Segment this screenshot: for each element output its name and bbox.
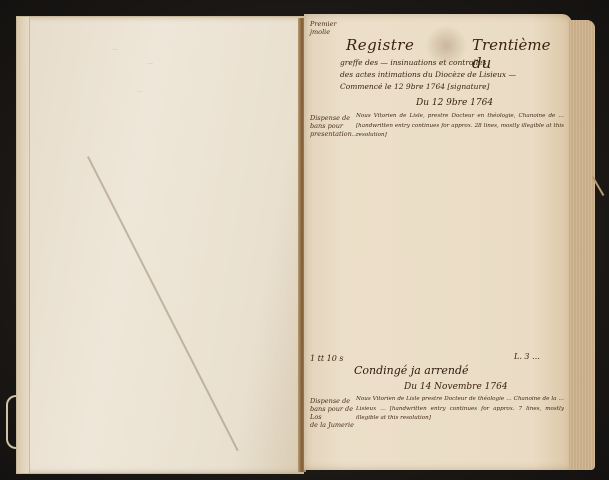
register-title-ordinal: Trentième du [472, 36, 572, 72]
fee-margin: 1 tt 10 s [310, 354, 343, 363]
entry-date: Du 14 Novembre 1764 [404, 382, 508, 392]
fold-crease [87, 156, 239, 451]
fee-amount: L. 3 … [514, 352, 540, 361]
register-title: Registre [346, 36, 414, 54]
entry-margin-note: Dispense de bans pour de Los de la Jumer… [310, 397, 356, 429]
page-block-edge [569, 20, 595, 470]
left-flyleaf-page: … … … [16, 16, 304, 474]
entry-body-text: Nous Vitorien de Lisle, prestre Docteur … [356, 112, 564, 352]
header-line: Commencé le 12 9bre 1764 [signature] [340, 82, 489, 91]
faint-note: … [112, 45, 118, 52]
entry-body-text: Nous Vitorien de Lisle prestre Docteur d… [356, 395, 564, 465]
faint-note: … [137, 87, 143, 94]
entry-margin-note: Dispense de bans pour presentation… [310, 114, 356, 138]
clerk-signature: Condingé ja arrendé [354, 364, 469, 377]
faint-note: … [147, 59, 153, 66]
open-register-book: … … … Premier jmolie Registre Trentième … [12, 10, 597, 470]
header-line: des actes intimations du Diocèze de Lisi… [340, 70, 516, 79]
right-register-page: Premier jmolie Registre Trentième du gre… [304, 14, 572, 470]
entry-date: Du 12 9bre 1764 [416, 98, 493, 108]
header-line: greffe des — insinuations et controlles [340, 58, 487, 67]
corner-note: Premier jmolie [310, 20, 356, 36]
binding-string [6, 395, 18, 449]
left-page-edge [17, 17, 30, 473]
